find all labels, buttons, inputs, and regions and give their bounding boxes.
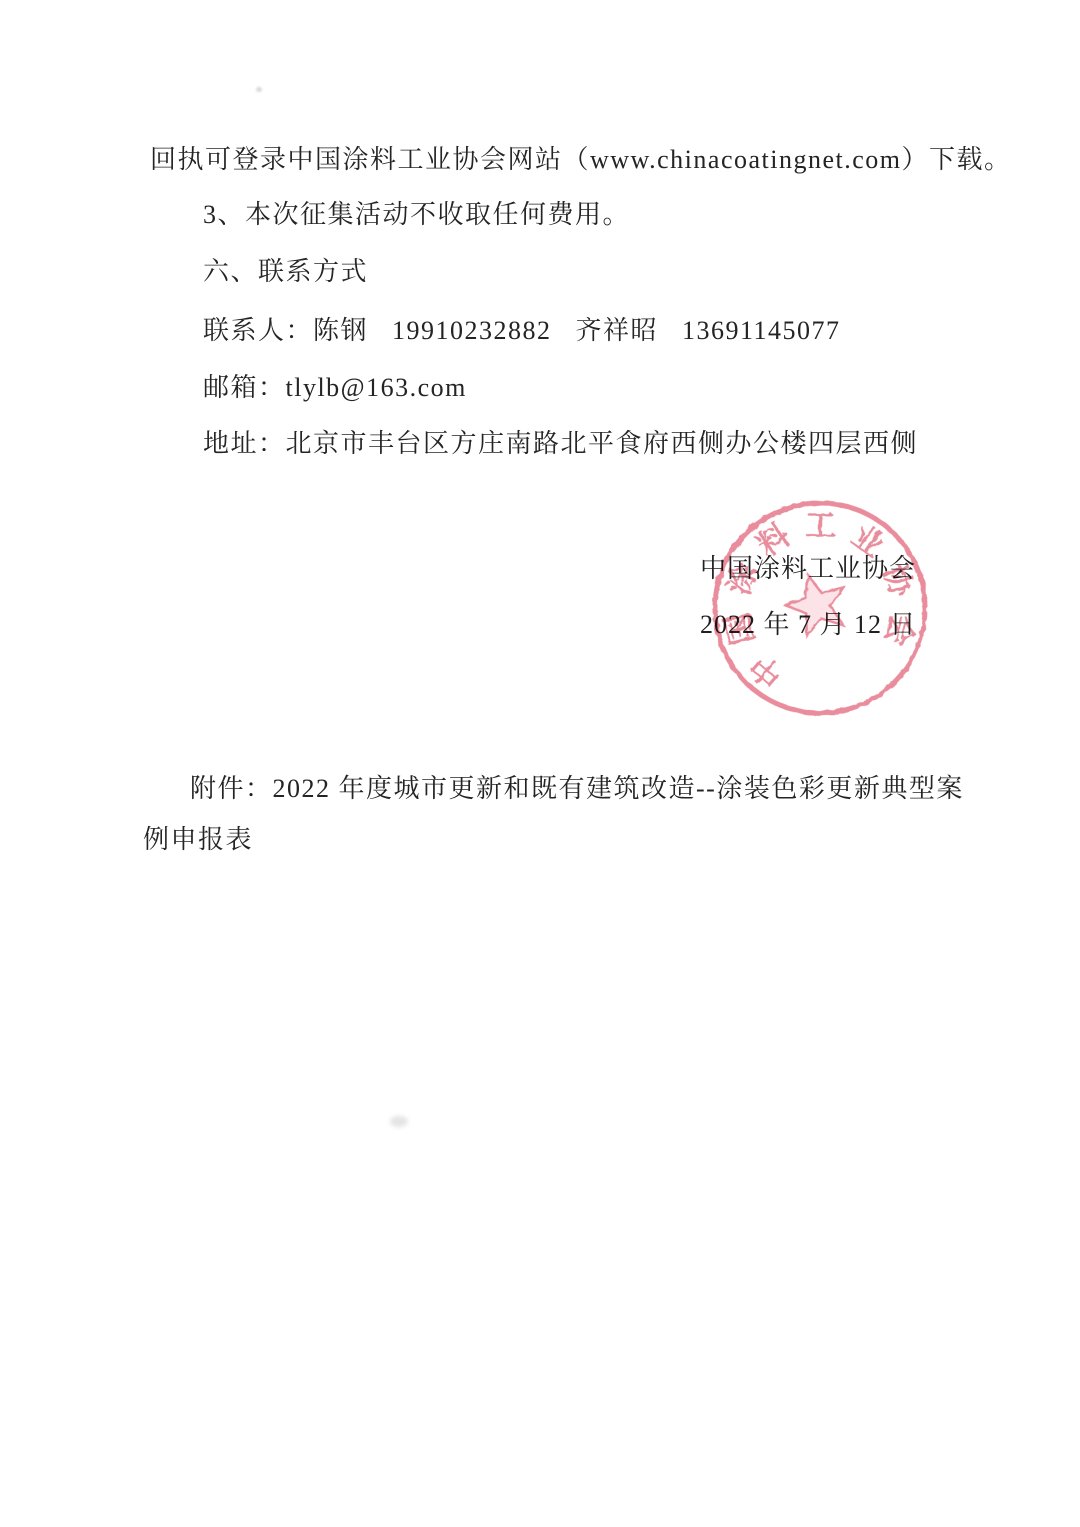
body-line-address: 地址：北京市丰台区方庄南路北平食府西侧办公楼四层西侧 [203,428,918,460]
body-line-no-fee: 3、本次征集活动不收取任何费用。 [203,199,630,231]
star-icon [779,566,854,639]
scan-artifact-dot [256,87,262,92]
scanned-letter-page: 回执可登录中国涂料工业协会网站（www.chinacoatingnet.com）… [0,0,1080,1527]
body-line-contact-persons: 联系人：陈钢 19910232882 齐祥昭 13691145077 [203,315,841,347]
attachment-note-line1: 附件：2022 年度城市更新和既有建筑改造--涂装色彩更新典型案 [190,773,964,805]
body-line-email: 邮箱：tlylb@163.com [203,372,467,404]
attachment-note-line2: 例申报表 [143,824,253,856]
seal-character: 协 [876,560,920,602]
seal-character: 国 [719,609,761,648]
official-seal: 中 国 涂 料 工 业 协 会 [690,478,950,738]
seal-character: 工 [805,508,836,543]
seal-character: 涂 [721,558,765,599]
scan-artifact-smudge [390,1116,408,1127]
section-heading-contact: 六、联系方式 [203,256,368,288]
seal-character: 会 [878,610,920,649]
body-line-website-download: 回执可登录中国涂料工业协会网站（www.chinacoatingnet.com）… [150,144,1012,176]
